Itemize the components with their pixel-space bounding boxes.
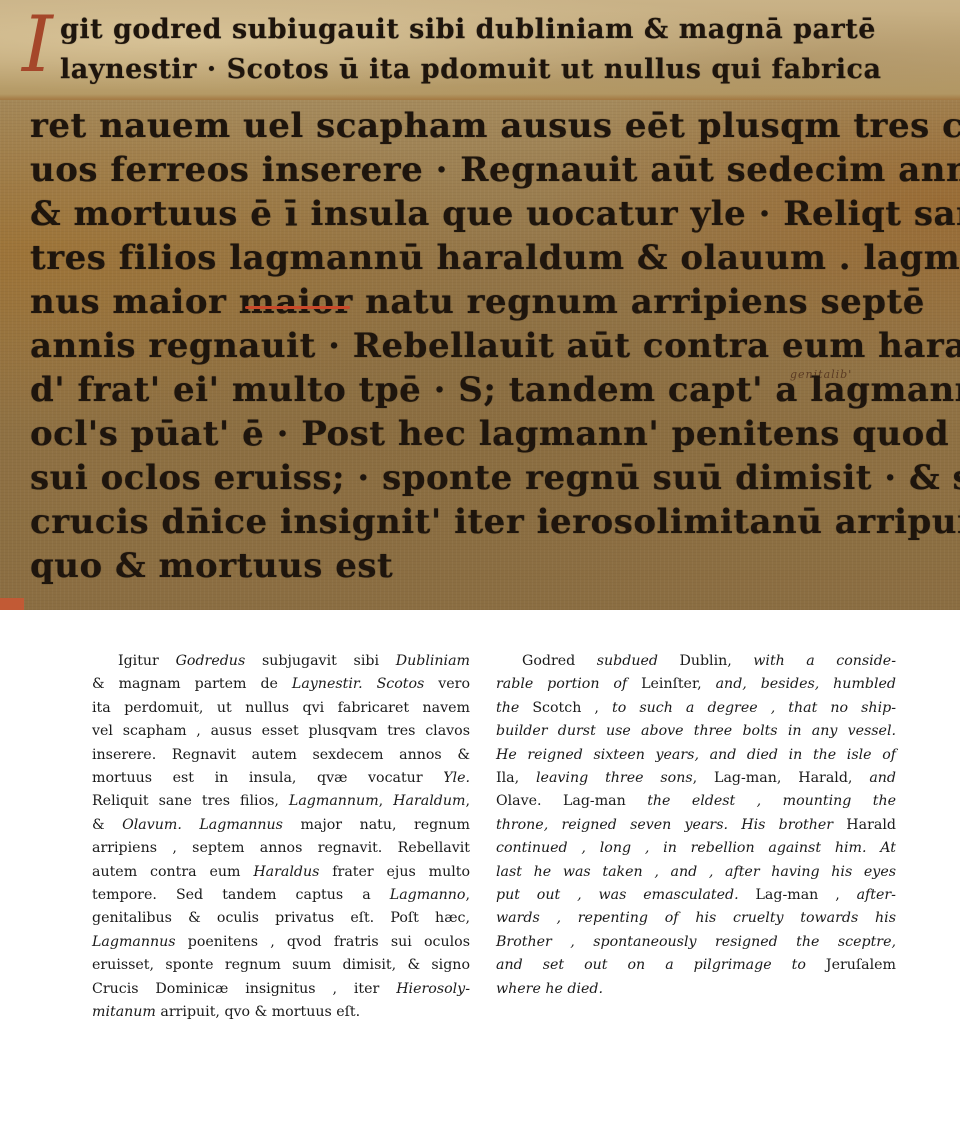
red-strikethrough xyxy=(245,306,350,309)
illuminated-initial: I xyxy=(22,6,53,84)
text-line: genitalibus & oculis privatus eſt. Poſt … xyxy=(92,907,470,930)
red-rubric-mark xyxy=(0,598,24,610)
italic-run: leaving three sons xyxy=(536,770,693,786)
text-line: continued , long , in rebellion against … xyxy=(496,837,896,860)
italic-run: and, besides, humbled xyxy=(716,676,896,692)
text-run: vero xyxy=(424,676,470,692)
manuscript-main-block: ret nauem uel scapham ausus eēt plusqm t… xyxy=(0,100,960,610)
italic-run: mitanum xyxy=(92,1004,156,1020)
text-line: vel scapham , ausus esset plusqvam tres … xyxy=(92,720,470,743)
italic-run: He reigned sixteen years, and died in th… xyxy=(496,747,896,763)
text-line: builder durst use above three bolts in a… xyxy=(496,720,896,743)
text-line: last he was taken , and , after having h… xyxy=(496,861,896,884)
text-run: ita perdomuit, ut nullus qvi fabricaret … xyxy=(92,700,470,716)
italic-run: subdued xyxy=(597,653,658,669)
text-run: , xyxy=(465,793,470,809)
text-line: Olave. Lag-man the eldest , mounting the xyxy=(496,790,896,813)
text-run: Crucis Dominicæ insignitus , iter xyxy=(92,981,396,997)
text-line: put out , was emasculated. Lag-man , aft… xyxy=(496,884,896,907)
italic-run: Hierosoly- xyxy=(396,981,470,997)
italic-run: after- xyxy=(857,887,896,903)
text-run: genitalibus & oculis privatus eſt. Poſt … xyxy=(92,910,470,926)
text-run: Godred xyxy=(522,653,597,669)
text-run: vel scapham , ausus esset plusqvam tres … xyxy=(92,723,470,739)
italic-run: Haraldum xyxy=(393,793,465,809)
manuscript-line: git godred subiugauit sibi dubliniam & m… xyxy=(60,14,876,45)
text-line: Lagmannus poenitens , qvod fratris sui o… xyxy=(92,931,470,954)
text-line: Ila, leaving three sons, Lag-man, Harald… xyxy=(496,767,896,790)
manuscript-line: & mortuus ē ī insula que uocatur yle · R… xyxy=(30,194,960,234)
text-line: He reigned sixteen years, and died in th… xyxy=(496,744,896,767)
text-line: mitanum arripuit, qvo & mortuus eſt. xyxy=(92,1001,470,1024)
text-run: , xyxy=(465,887,470,903)
manuscript-line: nus maior maior natu regnum arripiens se… xyxy=(30,282,925,322)
text-run: Dublin, xyxy=(658,653,753,669)
text-run xyxy=(182,817,200,833)
text-run: tempore. Sed tandem captus a xyxy=(92,887,390,903)
text-run: subjugavit sibi xyxy=(245,653,396,669)
manuscript-line: d' frat' ei' multo tpē · S; tandem capt'… xyxy=(30,370,960,410)
text-run: Olave. Lag-man xyxy=(496,793,647,809)
text-line: throne, reigned seven years. His brother… xyxy=(496,814,896,837)
text-run xyxy=(363,676,377,692)
manuscript-line: ret nauem uel scapham ausus eēt plusqm t… xyxy=(30,106,960,146)
italic-run: Haraldus xyxy=(253,864,319,880)
text-line: inserere. Regnavit autem sexdecem annos … xyxy=(92,744,470,767)
text-line: autem contra eum Haraldus frater ejus mu… xyxy=(92,861,470,884)
manuscript-line: quo & mortuus est xyxy=(30,546,393,586)
italic-run: where he died. xyxy=(496,981,603,997)
italic-run: put out , was emasculated. xyxy=(496,887,739,903)
manuscript-line: sui oclos eruiss; · sponte regnū suū dim… xyxy=(30,458,960,498)
italic-run: to such a degree , that no ship- xyxy=(612,700,896,716)
italic-run: Brother , spontaneously resigned the sce… xyxy=(496,934,896,950)
italic-run: wards , repenting of his cruelty towards… xyxy=(496,910,896,926)
text-line: tempore. Sed tandem captus a Lagmanno, xyxy=(92,884,470,907)
text-line: rable portion of Leinſter, and, besides,… xyxy=(496,673,896,696)
text-run: Igitur xyxy=(118,653,176,669)
italic-run: rable portion of xyxy=(496,676,627,692)
italic-run: Dubliniam xyxy=(396,653,470,669)
manuscript-line: crucis dn̄ice insignit' iter ierosolimit… xyxy=(30,502,960,542)
text-run: Harald xyxy=(833,817,896,833)
text-line: wards , repenting of his cruelty towards… xyxy=(496,907,896,930)
italic-run: Lagmannum xyxy=(289,793,379,809)
text-line: ita perdomuit, ut nullus qvi fabricaret … xyxy=(92,697,470,720)
text-run: Lag-man , xyxy=(739,887,857,903)
italic-run: Godredus xyxy=(176,653,246,669)
text-line: and set out on a pilgrimage to Jeruſalem xyxy=(496,954,896,977)
text-run: poenitens , qvod fratris sui oculos xyxy=(176,934,470,950)
text-run: & magnam partem de xyxy=(92,676,292,692)
manuscript-image: I git godred subiugauit sibi dubliniam &… xyxy=(0,0,960,610)
text-run: arripuit, qvo & mortuus eſt. xyxy=(156,1004,360,1020)
text-line: mortuus est in insula, qvæ vocatur Yle. xyxy=(92,767,470,790)
italic-run: Yle. xyxy=(443,770,470,786)
italic-run: Scotos xyxy=(377,676,425,692)
italic-run: Laynestir. xyxy=(292,676,363,692)
text-line: & Olavum. Lagmannus major natu, regnum xyxy=(92,814,470,837)
text-run: , Lag-man, Harald, xyxy=(693,770,870,786)
text-run: Leinſter, xyxy=(627,676,715,692)
manuscript-top-strip: I git godred subiugauit sibi dubliniam &… xyxy=(0,0,960,100)
italic-run: and set out on a pilgrimage to xyxy=(496,957,806,973)
text-line: where he died. xyxy=(496,978,896,1001)
text-run: frater ejus multo xyxy=(319,864,470,880)
text-run: autem contra eum xyxy=(92,864,253,880)
text-run: Jeruſalem xyxy=(806,957,896,973)
text-line: arripiens , septem annos regnavit. Rebel… xyxy=(92,837,470,860)
manuscript-line: laynestir · Scotos ū ita pdomuit ut null… xyxy=(60,54,881,85)
text-line: Crucis Dominicæ insignitus , iter Hieros… xyxy=(92,978,470,1001)
text-line: & magnam partem de Laynestir. Scotos ver… xyxy=(92,673,470,696)
manuscript-line: tres filios lagmannū haraldum & olauum .… xyxy=(30,238,960,278)
text-line: Brother , spontaneously resigned the sce… xyxy=(496,931,896,954)
latin-transcription-column: Igitur Godredus subjugavit sibi Dublinia… xyxy=(92,650,470,1025)
text-run: arripiens , septem annos regnavit. Rebel… xyxy=(92,840,470,856)
italic-run: and xyxy=(869,770,896,786)
italic-run: Lagmannus xyxy=(199,817,283,833)
text-line: eruisset, sponte regnum suum dimisit, & … xyxy=(92,954,470,977)
italic-run: continued , long , in rebellion against … xyxy=(496,840,896,856)
italic-run: the xyxy=(496,700,519,716)
italic-run: Lagmannus xyxy=(92,934,176,950)
italic-run: the eldest , mounting the xyxy=(647,793,896,809)
manuscript-line: uos ferreos inserere · Regnauit aūt sede… xyxy=(30,150,960,190)
text-run: major natu, regnum xyxy=(283,817,470,833)
text-run: inserere. Regnavit autem sexdecem annos … xyxy=(92,747,470,763)
text-run: , xyxy=(379,793,394,809)
italic-run: builder durst use above three bolts in a… xyxy=(496,723,896,739)
italic-run: Olavum. xyxy=(122,817,182,833)
english-translation-column: Godred subdued Dublin, with a conside-ra… xyxy=(496,650,896,1001)
text-line: Godred subdued Dublin, with a conside- xyxy=(496,650,896,673)
printed-page: Igitur Godredus subjugavit sibi Dublinia… xyxy=(0,610,960,1137)
text-run: eruisset, sponte regnum suum dimisit, & … xyxy=(92,957,470,973)
manuscript-line: ocl's pūat' ē · Post hec lagmann' penite… xyxy=(30,414,960,454)
italic-run: throne, reigned seven years. His brother xyxy=(496,817,833,833)
italic-run: Lagmanno xyxy=(390,887,466,903)
text-run: & xyxy=(92,817,122,833)
text-line: the Scotch , to such a degree , that no … xyxy=(496,697,896,720)
text-line: Reliquit sane tres filios, Lagmannum, Ha… xyxy=(92,790,470,813)
text-line: Igitur Godredus subjugavit sibi Dublinia… xyxy=(92,650,470,673)
text-run: Scotch , xyxy=(519,700,612,716)
italic-run: with a conside- xyxy=(753,653,896,669)
text-run: Reliquit sane tres filios, xyxy=(92,793,289,809)
text-run: mortuus est in insula, qvæ vocatur xyxy=(92,770,443,786)
text-run: Ila, xyxy=(496,770,536,786)
manuscript-line: annis regnauit · Rebellauit aūt contra e… xyxy=(30,326,960,366)
italic-run: last he was taken , and , after having h… xyxy=(496,864,896,880)
